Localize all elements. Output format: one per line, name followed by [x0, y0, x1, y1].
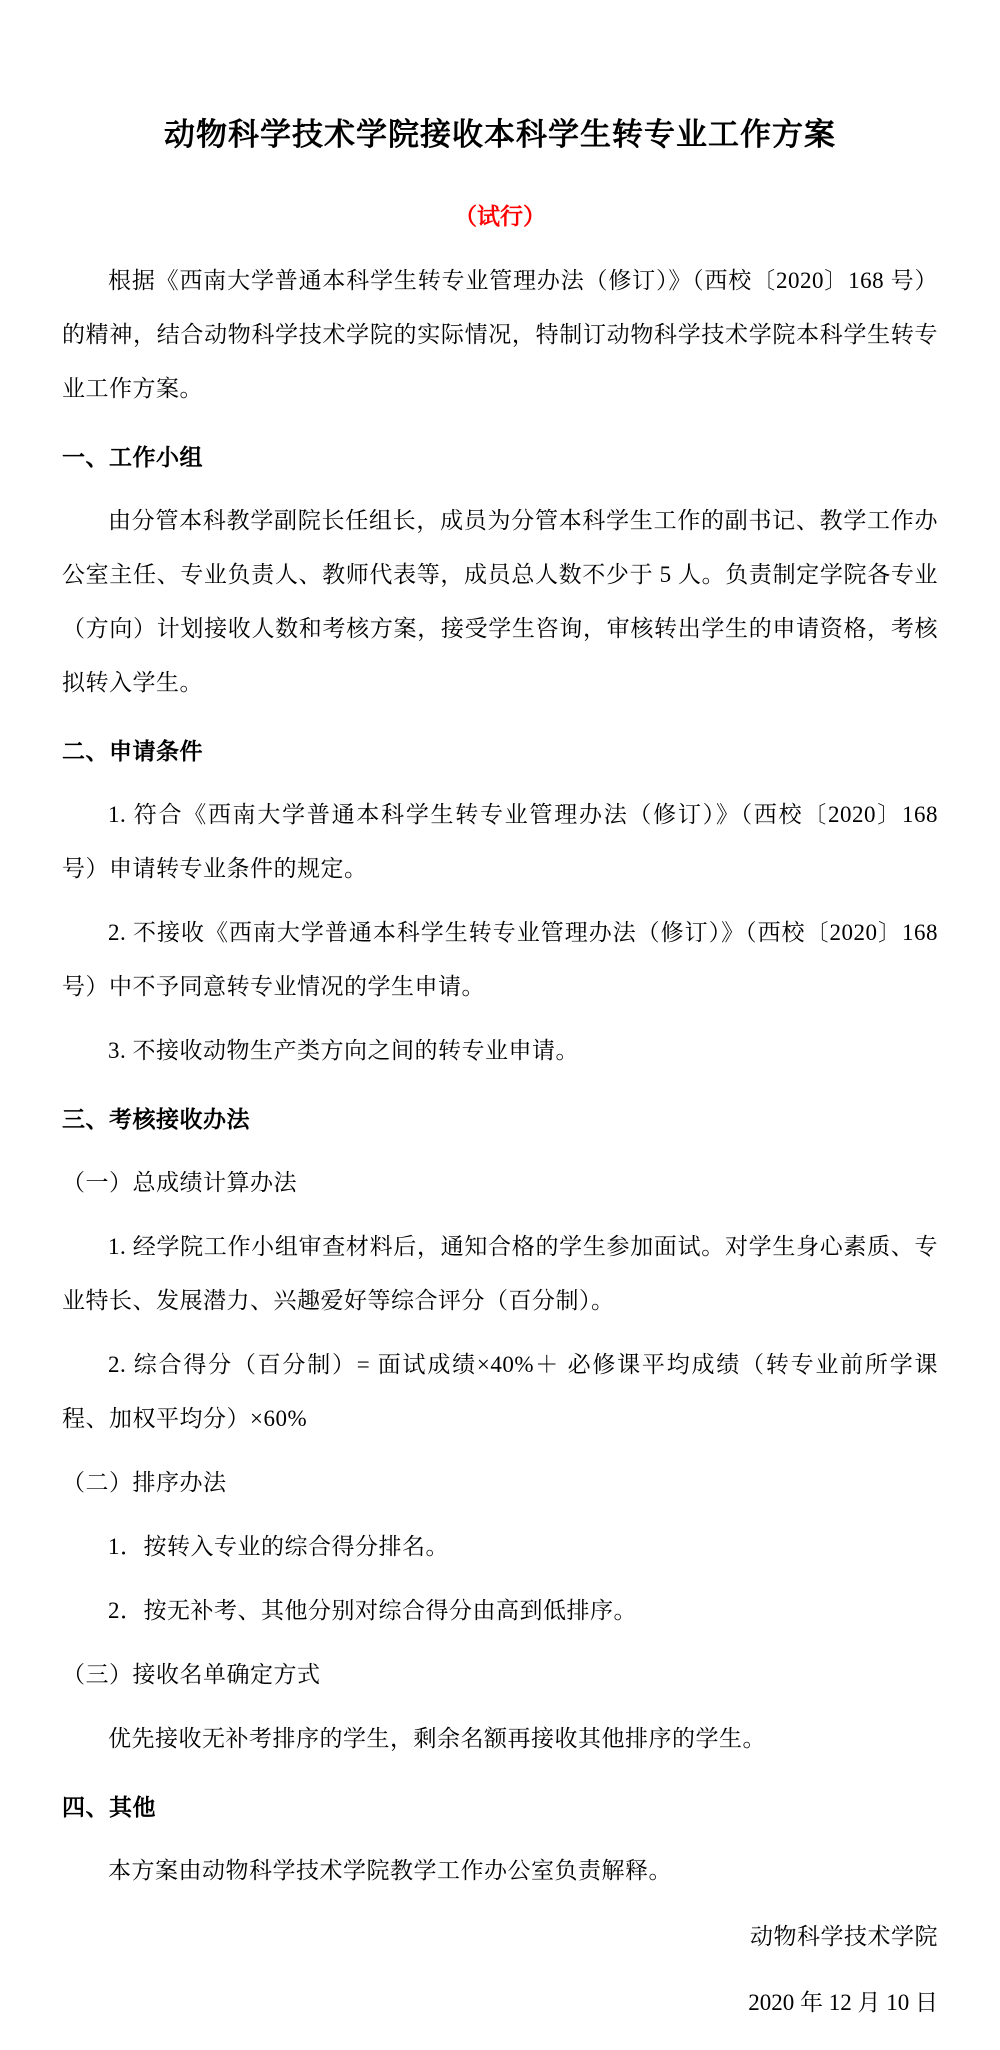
document-title: 动物科学技术学院接收本科学生转专业工作方案 [62, 112, 938, 158]
document-subtitle: （试行） [62, 190, 938, 244]
score-calculation-item-1: 1. 经学院工作小组审查材料后，通知合格的学生参加面试。对学生身心素质、专业特长… [62, 1220, 938, 1328]
application-condition-item-2: 2. 不接收《西南大学普通本科学生转专业管理办法（修订）》（西校〔2020〕16… [62, 906, 938, 1014]
document-date: 2020 年 12 月 10 日 [62, 1976, 938, 2030]
section-heading-assessment-method: 三、考核接收办法 [62, 1092, 938, 1146]
section-heading-work-group: 一、工作小组 [62, 430, 938, 484]
subsection-heading-score-calculation: （一）总成绩计算办法 [62, 1156, 938, 1210]
others-paragraph: 本方案由动物科学技术学院教学工作办公室负责解释。 [62, 1844, 938, 1898]
signature-college-name: 动物科学技术学院 [62, 1910, 938, 1964]
intro-paragraph: 根据《西南大学普通本科学生转专业管理办法（修订）》（西校〔2020〕168 号）… [62, 254, 938, 416]
section-heading-application-conditions: 二、申请条件 [62, 724, 938, 778]
admission-list-paragraph: 优先接收无补考排序的学生，剩余名额再接收其他排序的学生。 [62, 1712, 938, 1766]
ranking-method-item-1: 1．按转入专业的综合得分排名。 [62, 1520, 938, 1574]
application-condition-item-3: 3. 不接收动物生产类方向之间的转专业申请。 [62, 1024, 938, 1078]
ranking-method-item-2: 2．按无补考、其他分别对综合得分由高到低排序。 [62, 1584, 938, 1638]
subsection-heading-ranking-method: （二）排序办法 [62, 1456, 938, 1510]
document-page: 动物科学技术学院接收本科学生转专业工作方案 （试行） 根据《西南大学普通本科学生… [0, 0, 1000, 2050]
work-group-paragraph: 由分管本科教学副院长任组长，成员为分管本科学生工作的副书记、教学工作办公室主任、… [62, 494, 938, 710]
subsection-heading-admission-list: （三）接收名单确定方式 [62, 1648, 938, 1702]
score-calculation-item-2: 2. 综合得分（百分制）= 面试成绩×40%＋ 必修课平均成绩（转专业前所学课程… [62, 1338, 938, 1446]
application-condition-item-1: 1. 符合《西南大学普通本科学生转专业管理办法（修订）》（西校〔2020〕168… [62, 788, 938, 896]
section-heading-others: 四、其他 [62, 1780, 938, 1834]
